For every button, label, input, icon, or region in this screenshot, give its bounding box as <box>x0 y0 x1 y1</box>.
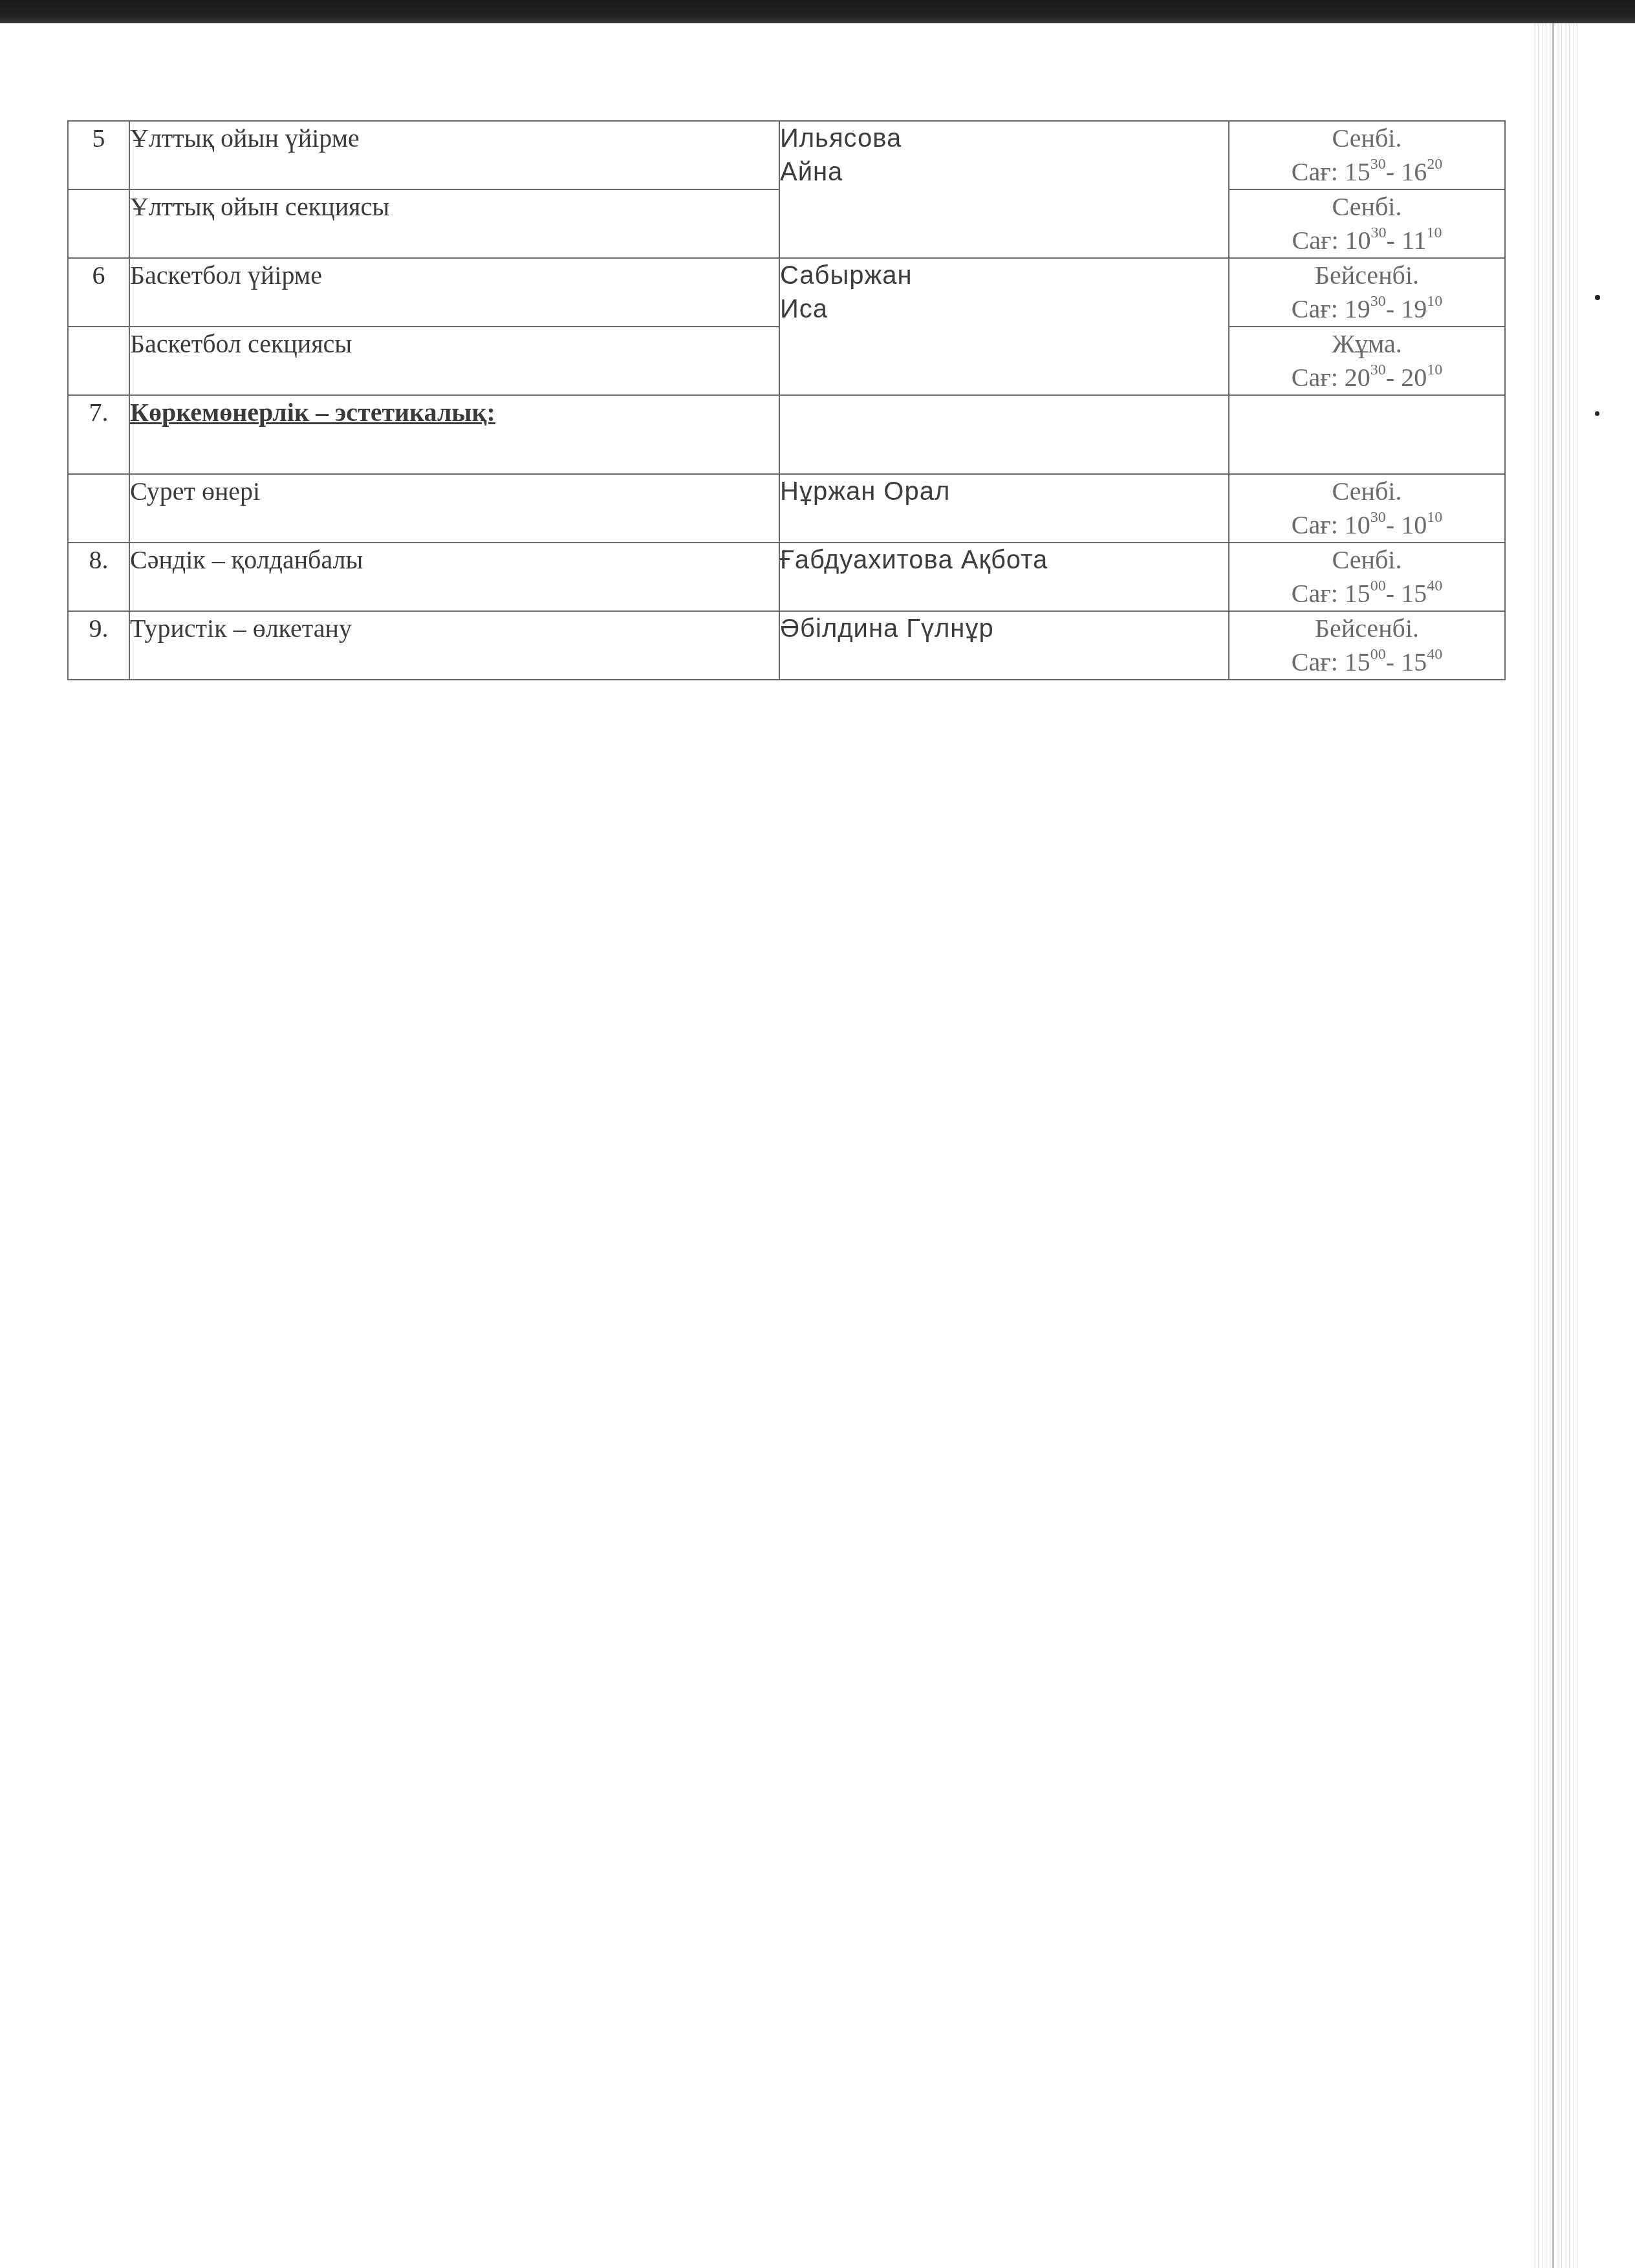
schedule-day: Бейсенбі. <box>1229 612 1504 645</box>
teacher-firstname: Айна <box>780 155 1228 189</box>
activity-name: Баскетбол секциясы <box>129 327 779 395</box>
schedule-hours: Сағ: 1030- 1110 <box>1229 224 1504 257</box>
teacher-surname: Ильясова <box>780 122 1228 155</box>
schedule-day: Сенбі. <box>1229 543 1504 577</box>
row-number <box>68 474 129 543</box>
table-row: 5 Ұлттық ойын үйірме Ильясова Айна Сенбі… <box>68 121 1505 189</box>
table-row: 9. Туристік – өлкетану Әбілдина Гүлнұр Б… <box>68 611 1505 680</box>
row-number: 5 <box>68 121 129 189</box>
section-cell: Көркемөнерлік – эстетикалық: <box>129 395 779 474</box>
schedule-day: Сенбі. <box>1229 122 1504 155</box>
schedule-hours: Сағ: 1030- 1010 <box>1229 508 1504 542</box>
activity-name: Сурет өнері <box>129 474 779 543</box>
teacher-name: Ғабдуахитова Ақбота <box>779 543 1229 611</box>
row-number: 7. <box>68 395 129 474</box>
schedule-cell: Бейсенбі. Сағ: 1930- 1910 <box>1229 258 1505 327</box>
teacher-cell <box>779 395 1229 474</box>
schedule-cell: Сенбі. Сағ: 1500- 1540 <box>1229 543 1505 611</box>
schedule-day: Бейсенбі. <box>1229 259 1504 292</box>
row-number: 6 <box>68 258 129 327</box>
activity-name: Ұлттық ойын секциясы <box>129 189 779 258</box>
scan-speck <box>1595 295 1600 300</box>
schedule-cell: Сенбі. Сағ: 1030- 1110 <box>1229 189 1505 258</box>
teacher-firstname: Иса <box>780 292 1228 326</box>
activity-name: Баскетбол үйірме <box>129 258 779 327</box>
table-row-section: 7. Көркемөнерлік – эстетикалық: <box>68 395 1505 474</box>
scan-streak <box>1534 23 1579 2268</box>
activity-name: Ұлттық ойын үйірме <box>129 121 779 189</box>
teacher-cell: Ильясова Айна <box>779 121 1229 258</box>
table-row: Сурет өнері Нұржан Орал Сенбі. Сағ: 1030… <box>68 474 1505 543</box>
row-number: 9. <box>68 611 129 680</box>
schedule-cell: Жұма. Сағ: 2030- 2010 <box>1229 327 1505 395</box>
schedule-day: Сенбі. <box>1229 475 1504 508</box>
section-title: Көркемөнерлік – эстетикалық: <box>130 398 495 427</box>
schedule-hours: Сағ: 1930- 1910 <box>1229 292 1504 326</box>
teacher-name: Әбілдина Гүлнұр <box>779 611 1229 680</box>
schedule-cell: Бейсенбі. Сағ: 1500- 1540 <box>1229 611 1505 680</box>
scan-top-border <box>0 0 1635 23</box>
schedule-hours: Сағ: 1530- 1620 <box>1229 155 1504 189</box>
scan-speck <box>1595 411 1599 416</box>
row-number <box>68 327 129 395</box>
club-schedule-table: 5 Ұлттық ойын үйірме Ильясова Айна Сенбі… <box>67 120 1506 680</box>
schedule-day: Жұма. <box>1229 327 1504 361</box>
table-row: 8. Сәндік – қолданбалы Ғабдуахитова Ақбо… <box>68 543 1505 611</box>
table-row: 6 Баскетбол үйірме Сабыржан Иса Бейсенбі… <box>68 258 1505 327</box>
schedule-hours: Сағ: 1500- 1540 <box>1229 577 1504 610</box>
teacher-cell: Сабыржан Иса <box>779 258 1229 395</box>
schedule-day: Сенбі. <box>1229 190 1504 224</box>
teacher-surname: Сабыржан <box>780 259 1228 292</box>
activity-name: Туристік – өлкетану <box>129 611 779 680</box>
teacher-name: Нұржан Орал <box>779 474 1229 543</box>
schedule-hours: Сағ: 2030- 2010 <box>1229 361 1504 394</box>
schedule-cell: Сенбі. Сағ: 1030- 1010 <box>1229 474 1505 543</box>
row-number <box>68 189 129 258</box>
schedule-hours: Сағ: 1500- 1540 <box>1229 645 1504 679</box>
schedule-cell <box>1229 395 1505 474</box>
activity-name: Сәндік – қолданбалы <box>129 543 779 611</box>
row-number: 8. <box>68 543 129 611</box>
schedule-cell: Сенбі. Сағ: 1530- 1620 <box>1229 121 1505 189</box>
